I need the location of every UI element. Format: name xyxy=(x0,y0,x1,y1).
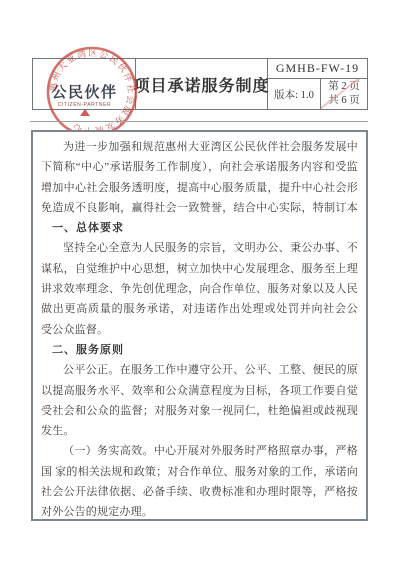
header-table: 公民伙伴 CITIZEN-PARTNER 项目承诺服务制度 GMHB-FW-19… xyxy=(32,58,368,110)
section-heading: 二、服务原则 xyxy=(41,340,358,360)
section-heading: 一、总体要求 xyxy=(41,218,358,238)
organization-logo: 公民伙伴 CITIZEN-PARTNER xyxy=(35,81,134,116)
logo-text: 公民伙伴 xyxy=(35,81,134,102)
body-text-line: （一）务实高效。中心开展对外服务时严格照章办事，严格执行 xyxy=(41,441,358,461)
document-title: 项目承诺服务制度 xyxy=(134,73,270,96)
title-cell: 项目承诺服务制度 xyxy=(136,59,268,109)
logo-subtitle: CITIZEN-PARTNER xyxy=(35,102,134,108)
body-text-line: 社会公开法律依据、必备手续、收费标准和办理时限等，严格按照 xyxy=(41,482,358,502)
body-text-line: 下简称“中心”承诺服务工作制度），向社会承诺服务内容和受监视， xyxy=(41,157,358,177)
body-text-line: 做出更高质量的服务承诺，对违诺作出处理或处罚并向社会公开，接 xyxy=(41,299,358,319)
body-text-line: 以提高服务水平、效率和公众满意程度为目标，各项工作要自觉接 xyxy=(41,381,358,401)
body-text-line: 免造成不良影响，赢得社会一致赞誉，结合中心实际，特制订本制度。 xyxy=(41,198,358,218)
logo-triangle-icon xyxy=(80,109,90,116)
body-text-line: 发生。 xyxy=(41,421,358,441)
header-right-section: GMHB-FW-19 版本: 1.0 第 2 页 共 6 页 xyxy=(268,59,367,109)
body-text-line: 坚持全心全意为人民服务的宗旨，文明办公、秉公办事、不以权 xyxy=(41,238,358,258)
body-text-line: 受公众监督。 xyxy=(41,320,358,340)
body-text-line: 国 家的相关法规和政策；对合作单位、服务对象的工作，承诺向 xyxy=(41,462,358,482)
body-text-line: 公平公正。在服务工作中遵守公开、公平、工整、便民的原则， xyxy=(41,360,358,380)
body-text-line: 谋私，自觉维护中心思想，树立加快中心发展理念、服务至上理念、 xyxy=(41,259,358,279)
body-text-line: 增加中心社会服务透明度，提高中心服务质量，提升中心社会形象，避 xyxy=(41,178,358,198)
page-number-cell: 第 2 页 共 6 页 xyxy=(321,79,367,109)
document-code: GMHB-FW-19 xyxy=(268,59,367,79)
divider-rule xyxy=(30,121,368,122)
body-text-line: 讲求效率理念、争先创优理念，向合作单位、服务对象以及人民群众 xyxy=(41,279,358,299)
body-text-line: 受社会和公众的监督；对服务对象一视同仁，杜绝偏袒或歧视现象 xyxy=(41,401,358,421)
document-page: 公民伙伴 CITIZEN-PARTNER 项目承诺服务制度 GMHB-FW-19… xyxy=(0,0,400,565)
document-body: 为进一步加强和规范惠州大亚湾区公民伙伴社会服务发展中心（以下简称“中心”承诺服务… xyxy=(31,130,368,521)
body-text-line: 为进一步加强和规范惠州大亚湾区公民伙伴社会服务发展中心（以 xyxy=(41,137,358,157)
body-text-line: 对外公告的规定办理。 xyxy=(41,502,358,522)
logo-cell: 公民伙伴 CITIZEN-PARTNER xyxy=(33,59,136,109)
header-bottom-row: 版本: 1.0 第 2 页 共 6 页 xyxy=(268,79,367,109)
version-label: 版本: 1.0 xyxy=(268,79,321,109)
